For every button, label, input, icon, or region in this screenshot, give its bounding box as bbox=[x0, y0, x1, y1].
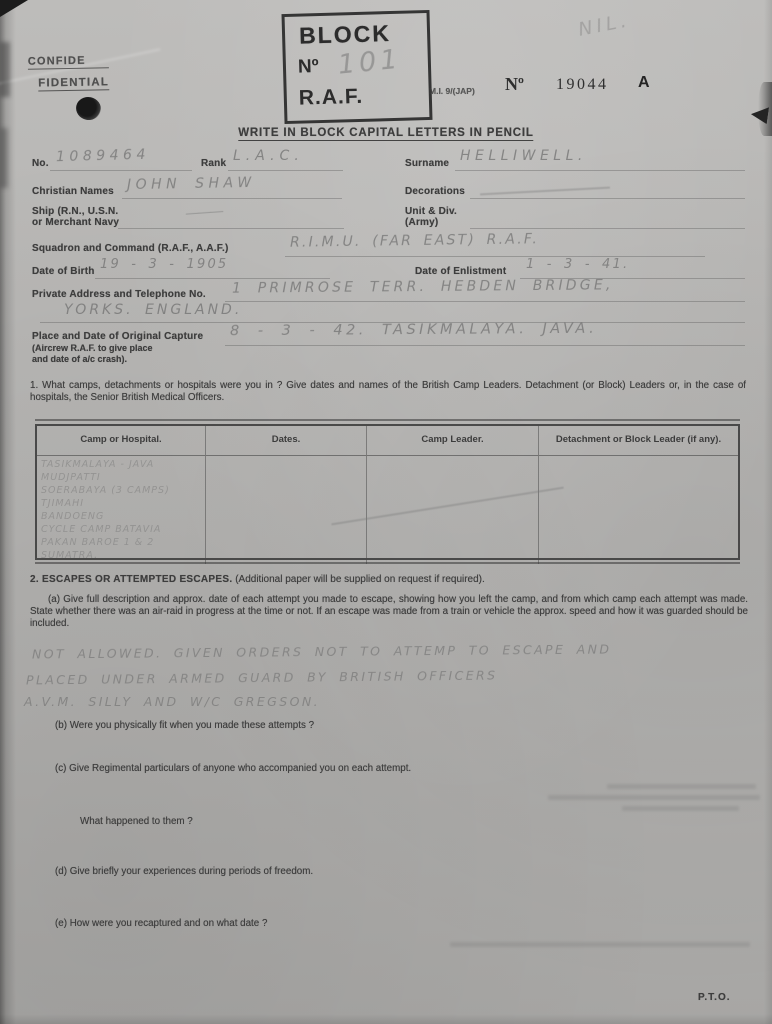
surname-value: HELLIWELL. bbox=[460, 148, 587, 164]
camp-column-cell: TASIKMALAYA - JAVA MUDJPATTI SOERABAYA (… bbox=[37, 456, 206, 564]
pencil-smudge bbox=[480, 187, 610, 195]
field-line bbox=[285, 256, 705, 257]
block-number-stamp: BLOCK Nº 101 R.A.F. bbox=[281, 10, 432, 124]
christian-names-label: Christian Names bbox=[32, 186, 114, 197]
left-edge-shadow bbox=[0, 128, 8, 188]
bleedthrough-line bbox=[450, 942, 750, 947]
stamp-no-label: Nº bbox=[298, 56, 319, 79]
dob-label: Date of Birth bbox=[32, 266, 95, 277]
nil-annotation: NIL. bbox=[576, 9, 632, 41]
squadron-label: Squadron and Command (R.A.F., A.A.F.) bbox=[32, 243, 228, 254]
field-line bbox=[50, 170, 192, 171]
escape-answer-line2: PLACED UNDER ARMED GUARD BY BRITISH OFFI… bbox=[26, 668, 498, 688]
enlistment-value: 1 - 3 - 41. bbox=[526, 257, 629, 272]
form-instruction-heading: WRITE IN BLOCK CAPITAL LETTERS IN PENCIL bbox=[238, 127, 533, 141]
address-value-line1: 1 PRIMROSE TERR. HEBDEN BRIDGE, bbox=[232, 277, 614, 296]
camp-entry: CYCLE CAMP BATAVIA bbox=[41, 523, 201, 536]
squadron-value: R.I.M.U. (FAR EAST) R.A.F. bbox=[290, 231, 539, 250]
escape-answer-line3: A.V.M. SILLY AND W/C GREGSON. bbox=[24, 694, 320, 709]
question-2a-text: (a) Give full description and approx. da… bbox=[30, 594, 748, 629]
left-edge-shadow bbox=[0, 42, 10, 97]
field-line bbox=[225, 345, 745, 346]
col-header-detachment: Detachment or Block Leader (if any). bbox=[539, 426, 738, 456]
detachment-column-cell bbox=[539, 456, 738, 564]
bleedthrough-line bbox=[548, 795, 760, 800]
address-label: Private Address and Telephone No. bbox=[32, 289, 206, 300]
decorations-label: Decorations bbox=[405, 186, 465, 197]
confidential-stamp: CONFIDE FIDENTIAL bbox=[28, 54, 109, 91]
col-header-leader: Camp Leader. bbox=[367, 426, 539, 456]
capture-label-line1: Place and Date of Original Capture bbox=[32, 331, 203, 342]
leader-column-cell bbox=[367, 456, 539, 564]
field-line bbox=[470, 228, 745, 229]
scanned-form-page: CONFIDE FIDENTIAL BLOCK Nº 101 R.A.F. M.… bbox=[0, 0, 772, 1024]
ship-value-dash: ——— bbox=[184, 202, 221, 222]
serial-no-symbol: Nº bbox=[505, 74, 524, 95]
col-header-dates: Dates. bbox=[206, 426, 367, 456]
question-2c-text: (c) Give Regimental particulars of anyon… bbox=[55, 763, 695, 775]
stamp-block-number: 101 bbox=[337, 44, 403, 81]
camp-entry: MUDJPATTI bbox=[41, 471, 201, 484]
capture-label-line2: (Aircrew R.A.F. to give place bbox=[32, 343, 153, 353]
camp-entry: PAKAN BAROE 1 & 2 bbox=[41, 536, 201, 549]
ship-label-line1: Ship (R.N., U.S.N. bbox=[32, 206, 118, 217]
serial-number: 19044 bbox=[556, 76, 609, 94]
escape-answer-line1: NOT ALLOWED. GIVEN ORDERS NOT TO ATTEMP … bbox=[32, 641, 612, 661]
stamp-line-raf: R.A.F. bbox=[299, 85, 364, 111]
ink-blob bbox=[74, 95, 103, 123]
question-2d-text: (d) Give briefly your experiences during… bbox=[55, 866, 655, 878]
field-line bbox=[470, 198, 745, 199]
service-number-value: 1089464 bbox=[56, 147, 150, 165]
confidential-stamp-bottom: FIDENTIAL bbox=[38, 76, 109, 91]
bleedthrough-line bbox=[607, 784, 755, 789]
camp-entry: SUMATRA. bbox=[41, 549, 201, 562]
address-value-line2: YORKS. ENGLAND. bbox=[64, 302, 242, 318]
pto-footer: P.T.O. bbox=[698, 992, 731, 1003]
question-2e-text: (e) How were you recaptured and on what … bbox=[55, 918, 655, 930]
christian-names-value: JOHN SHAW bbox=[127, 175, 256, 193]
field-line bbox=[228, 170, 343, 171]
copy-letter: A bbox=[638, 74, 650, 92]
question-2b-text: (b) Were you physically fit when you mad… bbox=[55, 720, 655, 732]
field-line bbox=[118, 228, 344, 229]
camp-entry: TJIMAHI bbox=[41, 497, 201, 510]
section-2-title: 2. ESCAPES OR ATTEMPTED ESCAPES. bbox=[30, 574, 232, 585]
field-line bbox=[95, 278, 330, 279]
field-line bbox=[225, 301, 745, 302]
field-line bbox=[455, 170, 745, 171]
camp-entry: SOERABAYA (3 CAMPS) bbox=[41, 484, 201, 497]
enlistment-label: Date of Enlistment bbox=[415, 266, 506, 277]
dates-column-cell bbox=[206, 456, 367, 564]
section-2-heading: 2. ESCAPES OR ATTEMPTED ESCAPES. (Additi… bbox=[30, 574, 485, 585]
surname-label: Surname bbox=[405, 158, 449, 169]
confidential-stamp-top: CONFIDE bbox=[28, 54, 109, 69]
form-ref-code: M.I. 9/(JAP) bbox=[429, 86, 475, 96]
rank-label: Rank bbox=[201, 158, 226, 169]
corner-shadow bbox=[0, 0, 28, 17]
rank-value: L.A.C. bbox=[233, 148, 304, 164]
capture-value: 8 - 3 - 42. TASIKMALAYA. JAVA. bbox=[230, 321, 597, 340]
col-header-camp: Camp or Hospital. bbox=[37, 426, 206, 456]
ink-bleedthrough bbox=[548, 778, 760, 817]
ink-bleedthrough bbox=[450, 936, 750, 953]
table-bottom-rule bbox=[35, 562, 740, 564]
bleedthrough-line bbox=[622, 806, 739, 811]
camp-entry: BANDOENG bbox=[41, 510, 201, 523]
dob-value: 19 - 3 - 1905 bbox=[100, 257, 228, 272]
field-line bbox=[122, 198, 342, 199]
capture-label-line3: and date of a/c crash). bbox=[32, 354, 127, 364]
camps-table: Camp or Hospital. Dates. Camp Leader. De… bbox=[35, 424, 740, 560]
table-top-rule bbox=[35, 419, 740, 421]
camp-entry: TASIKMALAYA - JAVA bbox=[41, 458, 201, 471]
question-2c-followup: What happened to them ? bbox=[80, 816, 380, 828]
unit-label-line1: Unit & Div. bbox=[405, 206, 457, 217]
unit-label-line2: (Army) bbox=[405, 217, 438, 228]
question-1-text: 1. What camps, detachments or hospitals … bbox=[30, 380, 746, 404]
section-2-note: (Additional paper will be supplied on re… bbox=[235, 574, 485, 585]
ship-label-line2: or Merchant Navy bbox=[32, 217, 119, 228]
no-label: No. bbox=[32, 158, 49, 169]
